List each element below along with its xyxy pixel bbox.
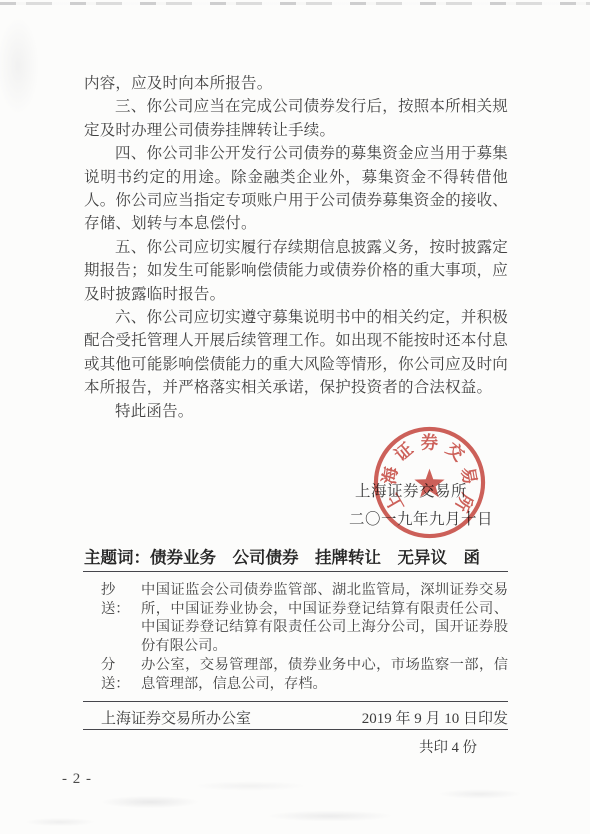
body-paragraph-item-3: 三、你公司应当在完成公司债券发行后，按照本所相关规定及时办理公司债券挂牌转让手续… [84, 95, 508, 142]
body-paragraph-item-5: 五、你公司应切实履行存续期信息披露义务，按时披露定期报告；如发生可能影响偿债能力… [84, 236, 508, 306]
keywords-row: 主题词：债券业务 公司债券 挂牌转让 无异议 函 [84, 544, 508, 568]
scan-smudge-artifact [0, 6, 60, 156]
page-number: - 2 - [62, 771, 92, 788]
body-paragraph-continuation: 内容，应及时向本所报告。 [84, 72, 508, 95]
issuing-office: 上海证券交易所办公室 [101, 707, 251, 728]
cc-row: 抄送： 中国证监会公司债券监管部、湖北监管局，深圳证券交易所，中国证券业协会，中… [101, 581, 508, 656]
scanned-letter-page: 内容，应及时向本所报告。 三、你公司应当在完成公司债券发行后，按照本所相关规定及… [0, 0, 590, 834]
routing-block: 抄送： 中国证监会公司债券监管部、湖北监管局，深圳证券交易所，中国证券业协会，中… [101, 581, 508, 693]
body-paragraph-item-6: 六、你公司应切实遵守募集说明书中的相关约定，并积极配合受托管理人开展后续管理工作… [84, 306, 508, 400]
seal-star-icon [414, 469, 444, 498]
svg-text:海: 海 [379, 465, 402, 486]
distribution-text: 办公室，交易管理部，债券业务中心，市场监察一部，信息管理部，信息公司，存档。 [141, 656, 508, 693]
svg-text:易: 易 [458, 465, 480, 485]
letter-body: 内容，应及时向本所报告。 三、你公司应当在完成公司债券发行后，按照本所相关规定及… [84, 72, 508, 423]
distribution-label: 分送： [101, 656, 141, 693]
copies-count: 共印 4 份 [419, 736, 477, 757]
scan-edge-artifact [0, 2, 590, 5]
body-paragraph-item-4: 四、你公司非公开发行公司债券的募集资金应当用于募集说明书约定的用途。除金融类企业… [84, 142, 508, 236]
issuing-office-row: 上海证券交易所办公室 2019 年 9 月 10 日印发 [101, 707, 508, 728]
distribution-row: 分送： 办公室，交易管理部，债券业务中心，市场监察一部，信息管理部，信息公司，存… [101, 656, 508, 693]
keywords-label: 主题词： [84, 549, 150, 567]
divider-under-keywords [83, 571, 508, 572]
divider-below-office [83, 729, 508, 730]
divider-above-office [83, 701, 508, 702]
svg-text:券: 券 [421, 432, 439, 452]
official-red-seal: 上海证券交易所 [370, 423, 489, 542]
cc-label: 抄送： [101, 581, 141, 656]
body-closing-phrase: 特此函告。 [84, 400, 508, 423]
cc-text: 中国证监会公司债券监管部、湖北监管局，深圳证券交易所，中国证券业协会，中国证券登… [141, 581, 508, 656]
print-date: 2019 年 9 月 10 日印发 [362, 707, 508, 728]
keywords-values: 债券业务 公司债券 挂牌转让 无异议 函 [150, 549, 480, 567]
